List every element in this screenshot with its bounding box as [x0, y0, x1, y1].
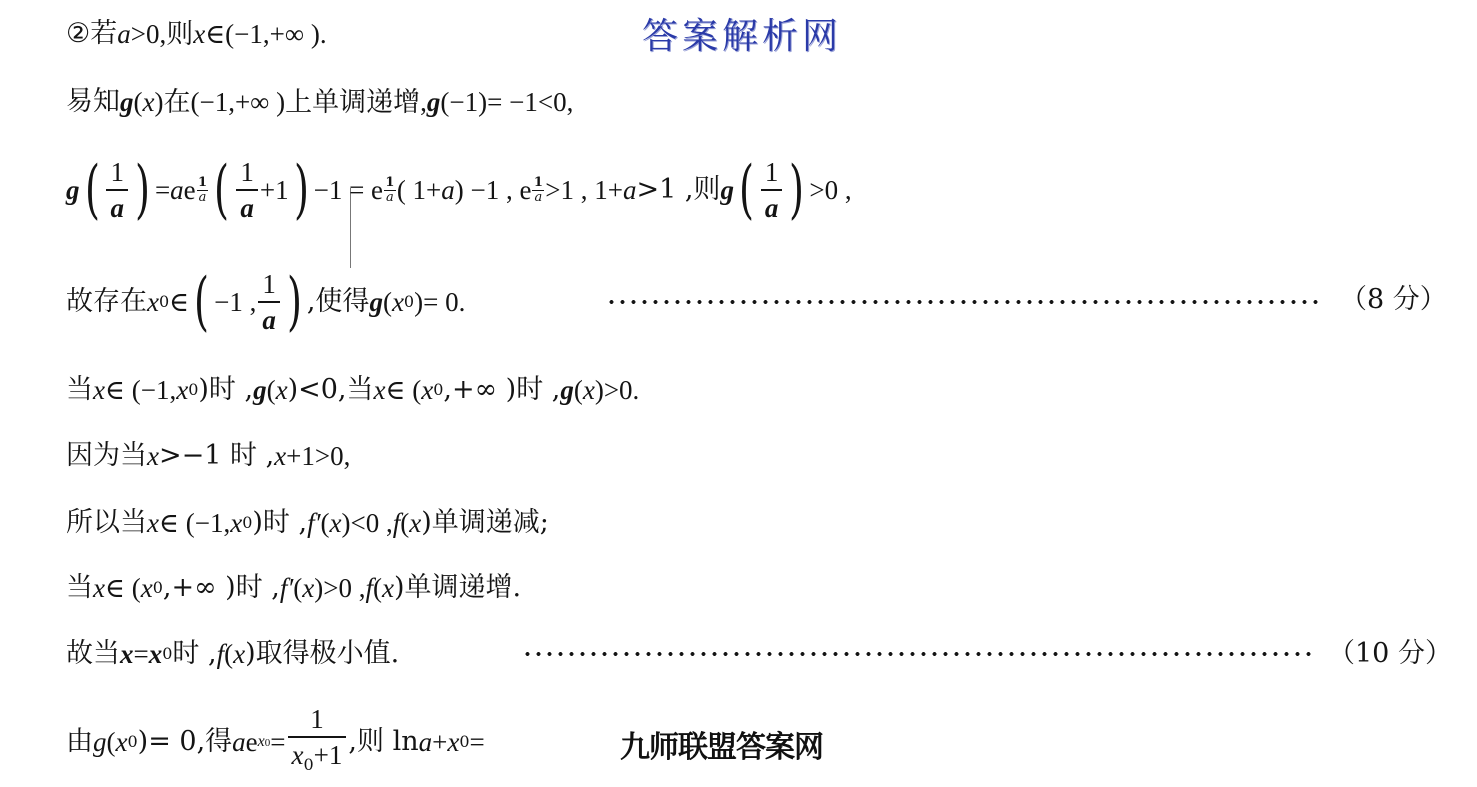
denominator: a [384, 190, 396, 205]
text: )>0 , [314, 570, 365, 606]
score-label: （8 分） [1340, 282, 1447, 318]
numerator: 1 [534, 176, 543, 190]
subscript: 0 [404, 284, 414, 320]
var-x: x [583, 372, 595, 408]
subscript: 0 [127, 724, 137, 760]
fraction: 1 x0+1 [288, 702, 347, 782]
var-x: x [120, 636, 134, 672]
leader-dots [522, 652, 1312, 656]
text: ∈ (−1, [159, 505, 230, 541]
denominator: a [258, 301, 280, 337]
numerator: 1 [198, 176, 207, 190]
text: ,+∞ )时 , [163, 570, 280, 606]
numerator: 1 [385, 176, 394, 190]
subscript: 0 [162, 636, 172, 672]
text: >0,则 [131, 16, 193, 52]
func-f: f [366, 570, 374, 606]
fraction: 1 a [106, 155, 128, 225]
text: >0 , [809, 172, 851, 208]
text: )时 , [198, 372, 253, 408]
text: + [432, 724, 447, 760]
text: = [134, 636, 149, 672]
paren: ( [214, 160, 229, 220]
text: )= 0. [414, 284, 465, 320]
denominator: x0+1 [288, 736, 347, 782]
var-x: x [147, 505, 159, 541]
denominator: a [236, 189, 258, 225]
text: 所以当 [66, 505, 147, 541]
text: ) −1 , e [455, 172, 532, 208]
func-f: f [217, 636, 225, 672]
text: ,使得 [307, 284, 370, 320]
text: )在(−1,+∞ )上单调递增, [154, 84, 426, 120]
text: 因为当 [66, 438, 147, 474]
func-f: f [393, 505, 401, 541]
func-g: g [427, 84, 441, 120]
line-2: 易知 g ( x )在(−1,+∞ )上单调递增, g (−1)= −1<0, [66, 84, 573, 120]
numerator: 1 [306, 702, 328, 736]
var-x: x [149, 636, 163, 672]
watermark-top: 答案解析网 [642, 8, 842, 59]
func-g: g [253, 372, 267, 408]
var-x: x [258, 733, 265, 750]
text: ∈ (−1, [105, 372, 176, 408]
paren: ) [287, 272, 302, 332]
func-g: g [720, 172, 734, 208]
var-x: x [116, 724, 128, 760]
var-x: x [302, 570, 314, 606]
subscript: 0 [303, 755, 313, 774]
text: 易知 [66, 84, 120, 120]
numerator: 1 [258, 267, 280, 301]
denominator: a [761, 189, 783, 225]
line-4: 故存在 x0 ∈ ( −1 , 1 a ) ,使得 g ( x0 )= 0. [66, 264, 465, 340]
text: ∈ ( [105, 570, 141, 606]
denominator: a [106, 189, 128, 225]
numerator: 1 [236, 155, 258, 189]
line-8: 当 x ∈ ( x0 ,+∞ )时 , f′ ( x )>0 , f ( x )… [66, 570, 521, 606]
text: >−1 时 , [159, 438, 274, 474]
text: )时 , [252, 505, 307, 541]
text: −1 , [214, 284, 256, 320]
var-x: x [330, 505, 342, 541]
denominator: a [532, 190, 544, 205]
func-g: g [369, 284, 383, 320]
text: ( [267, 372, 276, 408]
text: ∈ ( [385, 372, 421, 408]
leader-dots [606, 300, 1318, 304]
var-x: x [421, 372, 433, 408]
var-x: x [233, 636, 245, 672]
circled-number: ② [66, 16, 90, 52]
subscript: 0 [433, 372, 443, 408]
const-e: e [246, 724, 258, 760]
text: +1 [314, 740, 343, 770]
var-x: x [143, 84, 155, 120]
text: 若 [90, 16, 117, 52]
text: ,+∞ )时 , [443, 372, 560, 408]
var-x: x [276, 372, 288, 408]
text: )<0 , [341, 505, 392, 541]
exponent-fraction: 1 a [532, 176, 544, 205]
func-f-prime: f′ [280, 570, 293, 606]
var-x: x [292, 740, 304, 770]
var-x: x [392, 284, 404, 320]
paren: ( [84, 160, 99, 220]
subscript: 0 [188, 372, 198, 408]
func-g: g [93, 724, 107, 760]
line-3: g ( 1 a ) = a e 1 a ( 1 a +1 ) −1 = e 1 … [66, 152, 852, 228]
subscript: 0 [159, 284, 169, 320]
paren: ) [294, 160, 309, 220]
text: )<0,当 [288, 372, 374, 408]
text: +1 [260, 172, 289, 208]
paren: ( [194, 272, 209, 332]
text: ( [107, 724, 116, 760]
text: )取得极小值. [245, 636, 399, 672]
fraction: 1 a [761, 155, 783, 225]
var-x: x [193, 16, 205, 52]
text: ∈(−1,+∞ ). [205, 16, 326, 52]
subscript: 0 [153, 570, 163, 606]
func-g: g [560, 372, 574, 408]
text: 当 [66, 570, 93, 606]
line-6: 因为当 x >−1 时 , x +1>0, [66, 438, 350, 474]
line-5: 当 x ∈ (−1, x0 )时 , g ( x )<0,当 x ∈ ( x0 … [66, 372, 639, 408]
text: >1 ,则 [636, 172, 720, 208]
exponent-fraction: 1 a [384, 176, 396, 205]
func-g: g [120, 84, 134, 120]
text: +1>0, [286, 438, 350, 474]
watermark-bottom: 九师联盟答案网 [620, 722, 823, 766]
const-e: e [184, 172, 196, 208]
paren: ) [789, 160, 804, 220]
var-a: a [232, 724, 246, 760]
line-7: 所以当 x ∈ (−1, x0 )时 , f′ ( x )<0 , f ( x … [66, 505, 549, 541]
fraction: 1 a [258, 267, 280, 337]
numerator: 1 [761, 155, 783, 189]
text: ( [134, 84, 143, 120]
paren: ) [135, 160, 150, 220]
var-x: x [141, 570, 153, 606]
text: ( [321, 505, 330, 541]
func-g: g [66, 172, 80, 208]
text: )>0. [595, 372, 639, 408]
text: ( [400, 505, 409, 541]
text: ,则 ln [348, 724, 418, 760]
fraction: 1 a [236, 155, 258, 225]
text: )单调递增. [394, 570, 521, 606]
text: −1 = e [314, 172, 383, 208]
text: )单调递减; [421, 505, 549, 541]
denominator: a [197, 190, 209, 205]
text: >1 , 1+ [545, 172, 623, 208]
text: ∈ [169, 284, 189, 320]
text: )= 0,得 [138, 724, 233, 760]
var-x: x [147, 438, 159, 474]
exponent-fraction: 1 a [197, 176, 209, 205]
text: = [155, 172, 170, 208]
var-x: x [93, 372, 105, 408]
var-x: x [93, 570, 105, 606]
line-9: 故当 x = x0 时 , f ( x )取得极小值. [66, 636, 399, 672]
line-1: ② 若 a >0,则 x ∈(−1,+∞ ). [66, 16, 327, 52]
text: (−1)= −1<0, [440, 84, 573, 120]
text: ( 1+ [397, 172, 441, 208]
func-f-prime: f′ [307, 505, 320, 541]
text: = [270, 724, 285, 760]
text: 故当 [66, 636, 120, 672]
var-x: x [176, 372, 188, 408]
text: = [470, 724, 485, 760]
var-a: a [419, 724, 433, 760]
exponent: x0 [258, 724, 271, 761]
text: 时 , [172, 636, 216, 672]
text: 故存在 [66, 284, 147, 320]
var-x: x [147, 284, 159, 320]
line-10: 由 g ( x0 )= 0,得 a ex0 = 1 x0+1 ,则 ln a +… [66, 704, 485, 780]
subscript: 0 [459, 724, 469, 760]
var-a: a [441, 172, 455, 208]
var-x: x [230, 505, 242, 541]
score-label: （10 分） [1328, 636, 1452, 672]
text: ( [293, 570, 302, 606]
text: ( [383, 284, 392, 320]
var-x: x [447, 724, 459, 760]
paren: ( [739, 160, 754, 220]
var-x: x [409, 505, 421, 541]
text: 由 [66, 724, 93, 760]
numerator: 1 [106, 155, 128, 189]
var-a: a [623, 172, 637, 208]
var-x: x [274, 438, 286, 474]
text: ( [574, 372, 583, 408]
var-a: a [117, 16, 131, 52]
var-x: x [382, 570, 394, 606]
var-a: a [170, 172, 184, 208]
var-x: x [373, 372, 385, 408]
text: ( [224, 636, 233, 672]
text: 当 [66, 372, 93, 408]
text: ( [373, 570, 382, 606]
subscript: 0 [242, 505, 252, 541]
